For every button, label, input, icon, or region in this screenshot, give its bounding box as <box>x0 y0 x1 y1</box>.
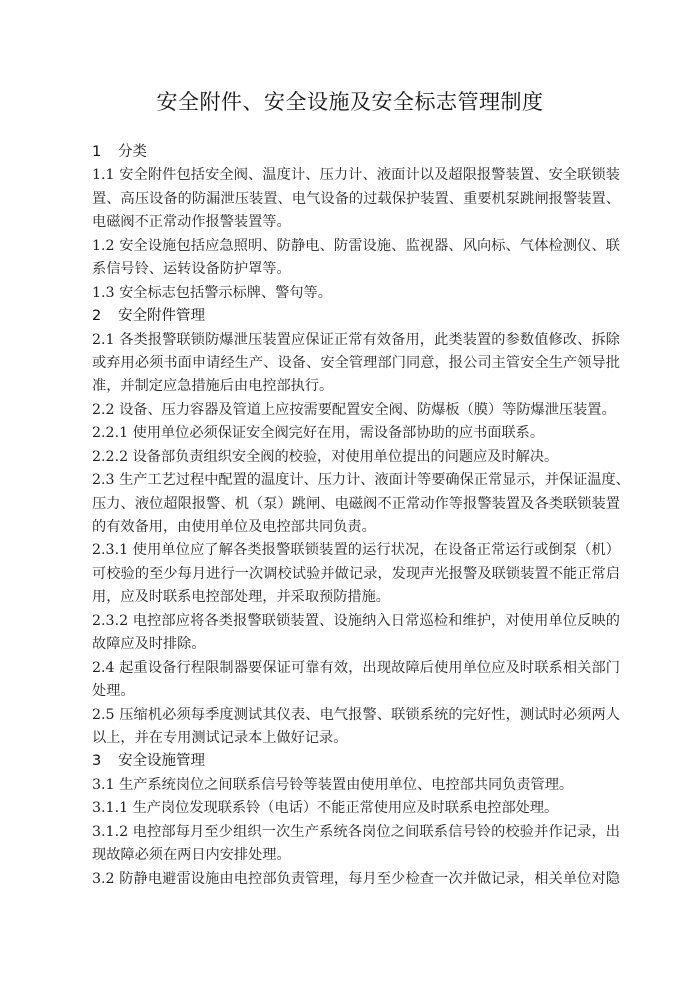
section-title: 安全附件管理 <box>118 308 205 324</box>
clause-paragraph: 3.2 防静电避雷设施由电控部负责管理，每月至少检查一次并做记录，相关单位对隐 <box>92 868 620 891</box>
text-line: 2.2 设备、压力容器及管道上应按需要配置安全阀、防爆板（膜）等防爆泄压装置。 <box>92 399 620 422</box>
section-number: 1 <box>92 141 118 164</box>
clause-paragraph: 2.2 设备、压力容器及管道上应按需要配置安全阀、防爆板（膜）等防爆泄压装置。 <box>92 399 620 422</box>
section-heading: 2安全附件管理 <box>92 305 620 328</box>
clause-paragraph: 1.1 安全附件包括安全阀、温度计、压力计、液面计以及超限报警装置、安全联锁装置… <box>92 164 620 234</box>
section-heading: 1分类 <box>92 141 620 164</box>
clause-paragraph: 2.2.2 设备部负责组织安全阀的校验，对使用单位提出的问题应及时解决。 <box>92 446 620 469</box>
text-line: 1.3 安全标志包括警示标牌、警句等。 <box>92 282 620 305</box>
text-line: 2.3.2 电控部应将各类报警联锁装置、设施纳入日常巡检和维护，对使用单位反映的 <box>92 610 620 633</box>
clause-paragraph: 2.4 起重设备行程限制器要保证可靠有效，出现故障后使用单位应及时联系相关部门处… <box>92 657 620 704</box>
section-title: 分类 <box>118 144 147 160</box>
clause-paragraph: 2.2.1 使用单位必须保证安全阀完好在用，需设备部协助的应书面联系。 <box>92 422 620 445</box>
text-line: 用，应及时联系电控部处理，并采取预防措施。 <box>92 586 620 609</box>
text-line: 现故障必须在两日内安排处理。 <box>92 844 620 867</box>
clause-paragraph: 3.1 生产系统岗位之间联系信号铃等装置由使用单位、电控部共同负责管理。 <box>92 774 620 797</box>
text-line: 3.1.2 电控部每月至少组织一次生产系统各岗位之间联系信号铃的校验并作记录，出 <box>92 821 620 844</box>
section-title: 安全设施管理 <box>118 753 205 769</box>
clause-paragraph: 1.2 安全设施包括应急照明、防静电、防雷设施、监视器、风向标、气体检测仪、联系… <box>92 235 620 282</box>
section-number: 2 <box>92 305 118 328</box>
text-line: 2.3 生产工艺过程中配置的温度计、压力计、液面计等要确保正常显示，并保证温度、 <box>92 469 620 492</box>
text-line: 或弃用必须书面申请经生产、设备、安全管理部门同意，报公司主管安全生产领导批 <box>92 352 620 375</box>
text-line: 故障应及时排除。 <box>92 633 620 656</box>
text-line: 可校验的至少每月进行一次调校试验并做记录，发现声光报警及联锁装置不能正常启 <box>92 563 620 586</box>
clause-paragraph: 2.3 生产工艺过程中配置的温度计、压力计、液面计等要确保正常显示，并保证温度、… <box>92 469 620 539</box>
clause-paragraph: 2.5 压缩机必须每季度测试其仪表、电气报警、联锁系统的完好性，测试时必须两人以… <box>92 704 620 751</box>
text-line: 2.4 起重设备行程限制器要保证可靠有效，出现故障后使用单位应及时联系相关部门 <box>92 657 620 680</box>
text-line: 电磁阀不正常动作报警装置等。 <box>92 211 620 234</box>
text-line: 1.1 安全附件包括安全阀、温度计、压力计、液面计以及超限报警装置、安全联锁装 <box>92 164 620 187</box>
document-body: 1分类1.1 安全附件包括安全阀、温度计、压力计、液面计以及超限报警装置、安全联… <box>92 141 620 891</box>
clause-paragraph: 3.1.1 生产岗位发现联系铃（电话）不能正常使用应及时联系电控部处理。 <box>92 797 620 820</box>
document-page: 安全附件、安全设施及安全标志管理制度 1分类1.1 安全附件包括安全阀、温度计、… <box>0 0 700 989</box>
text-line: 压力、液位超限报警、机（泵）跳闸、电磁阀不正常动作等报警装置及各类联锁装置 <box>92 493 620 516</box>
text-line: 2.2.1 使用单位必须保证安全阀完好在用，需设备部协助的应书面联系。 <box>92 422 620 445</box>
text-line: 处理。 <box>92 680 620 703</box>
text-line: 1.2 安全设施包括应急照明、防静电、防雷设施、监视器、风向标、气体检测仪、联 <box>92 235 620 258</box>
document-title: 安全附件、安全设施及安全标志管理制度 <box>0 86 700 116</box>
text-line: 2.5 压缩机必须每季度测试其仪表、电气报警、联锁系统的完好性，测试时必须两人 <box>92 704 620 727</box>
text-line: 系信号铃、运转设备防护罩等。 <box>92 258 620 281</box>
text-line: 3.1 生产系统岗位之间联系信号铃等装置由使用单位、电控部共同负责管理。 <box>92 774 620 797</box>
clause-paragraph: 2.3.1 使用单位应了解各类报警联锁装置的运行状况，在设备正常运行或倒泵（机）… <box>92 539 620 609</box>
text-line: 置、高压设备的防漏泄压装置、电气设备的过载保护装置、重要机泵跳闸报警装置、 <box>92 188 620 211</box>
section-number: 3 <box>92 750 118 773</box>
text-line: 的有效备用，由使用单位及电控部共同负责。 <box>92 516 620 539</box>
text-line: 准，并制定应急措施后由电控部执行。 <box>92 375 620 398</box>
section-heading: 3安全设施管理 <box>92 750 620 773</box>
clause-paragraph: 1.3 安全标志包括警示标牌、警句等。 <box>92 282 620 305</box>
clause-paragraph: 2.3.2 电控部应将各类报警联锁装置、设施纳入日常巡检和维护，对使用单位反映的… <box>92 610 620 657</box>
text-line: 3.2 防静电避雷设施由电控部负责管理，每月至少检查一次并做记录，相关单位对隐 <box>92 868 620 891</box>
clause-paragraph: 3.1.2 电控部每月至少组织一次生产系统各岗位之间联系信号铃的校验并作记录，出… <box>92 821 620 868</box>
text-line: 以上，并在专用测试记录本上做好记录。 <box>92 727 620 750</box>
text-line: 3.1.1 生产岗位发现联系铃（电话）不能正常使用应及时联系电控部处理。 <box>92 797 620 820</box>
text-line: 2.3.1 使用单位应了解各类报警联锁装置的运行状况，在设备正常运行或倒泵（机） <box>92 539 620 562</box>
text-line: 2.2.2 设备部负责组织安全阀的校验，对使用单位提出的问题应及时解决。 <box>92 446 620 469</box>
text-line: 2.1 各类报警联锁防爆泄压装置应保证正常有效备用，此类装置的参数值修改、拆除 <box>92 329 620 352</box>
clause-paragraph: 2.1 各类报警联锁防爆泄压装置应保证正常有效备用，此类装置的参数值修改、拆除或… <box>92 329 620 399</box>
